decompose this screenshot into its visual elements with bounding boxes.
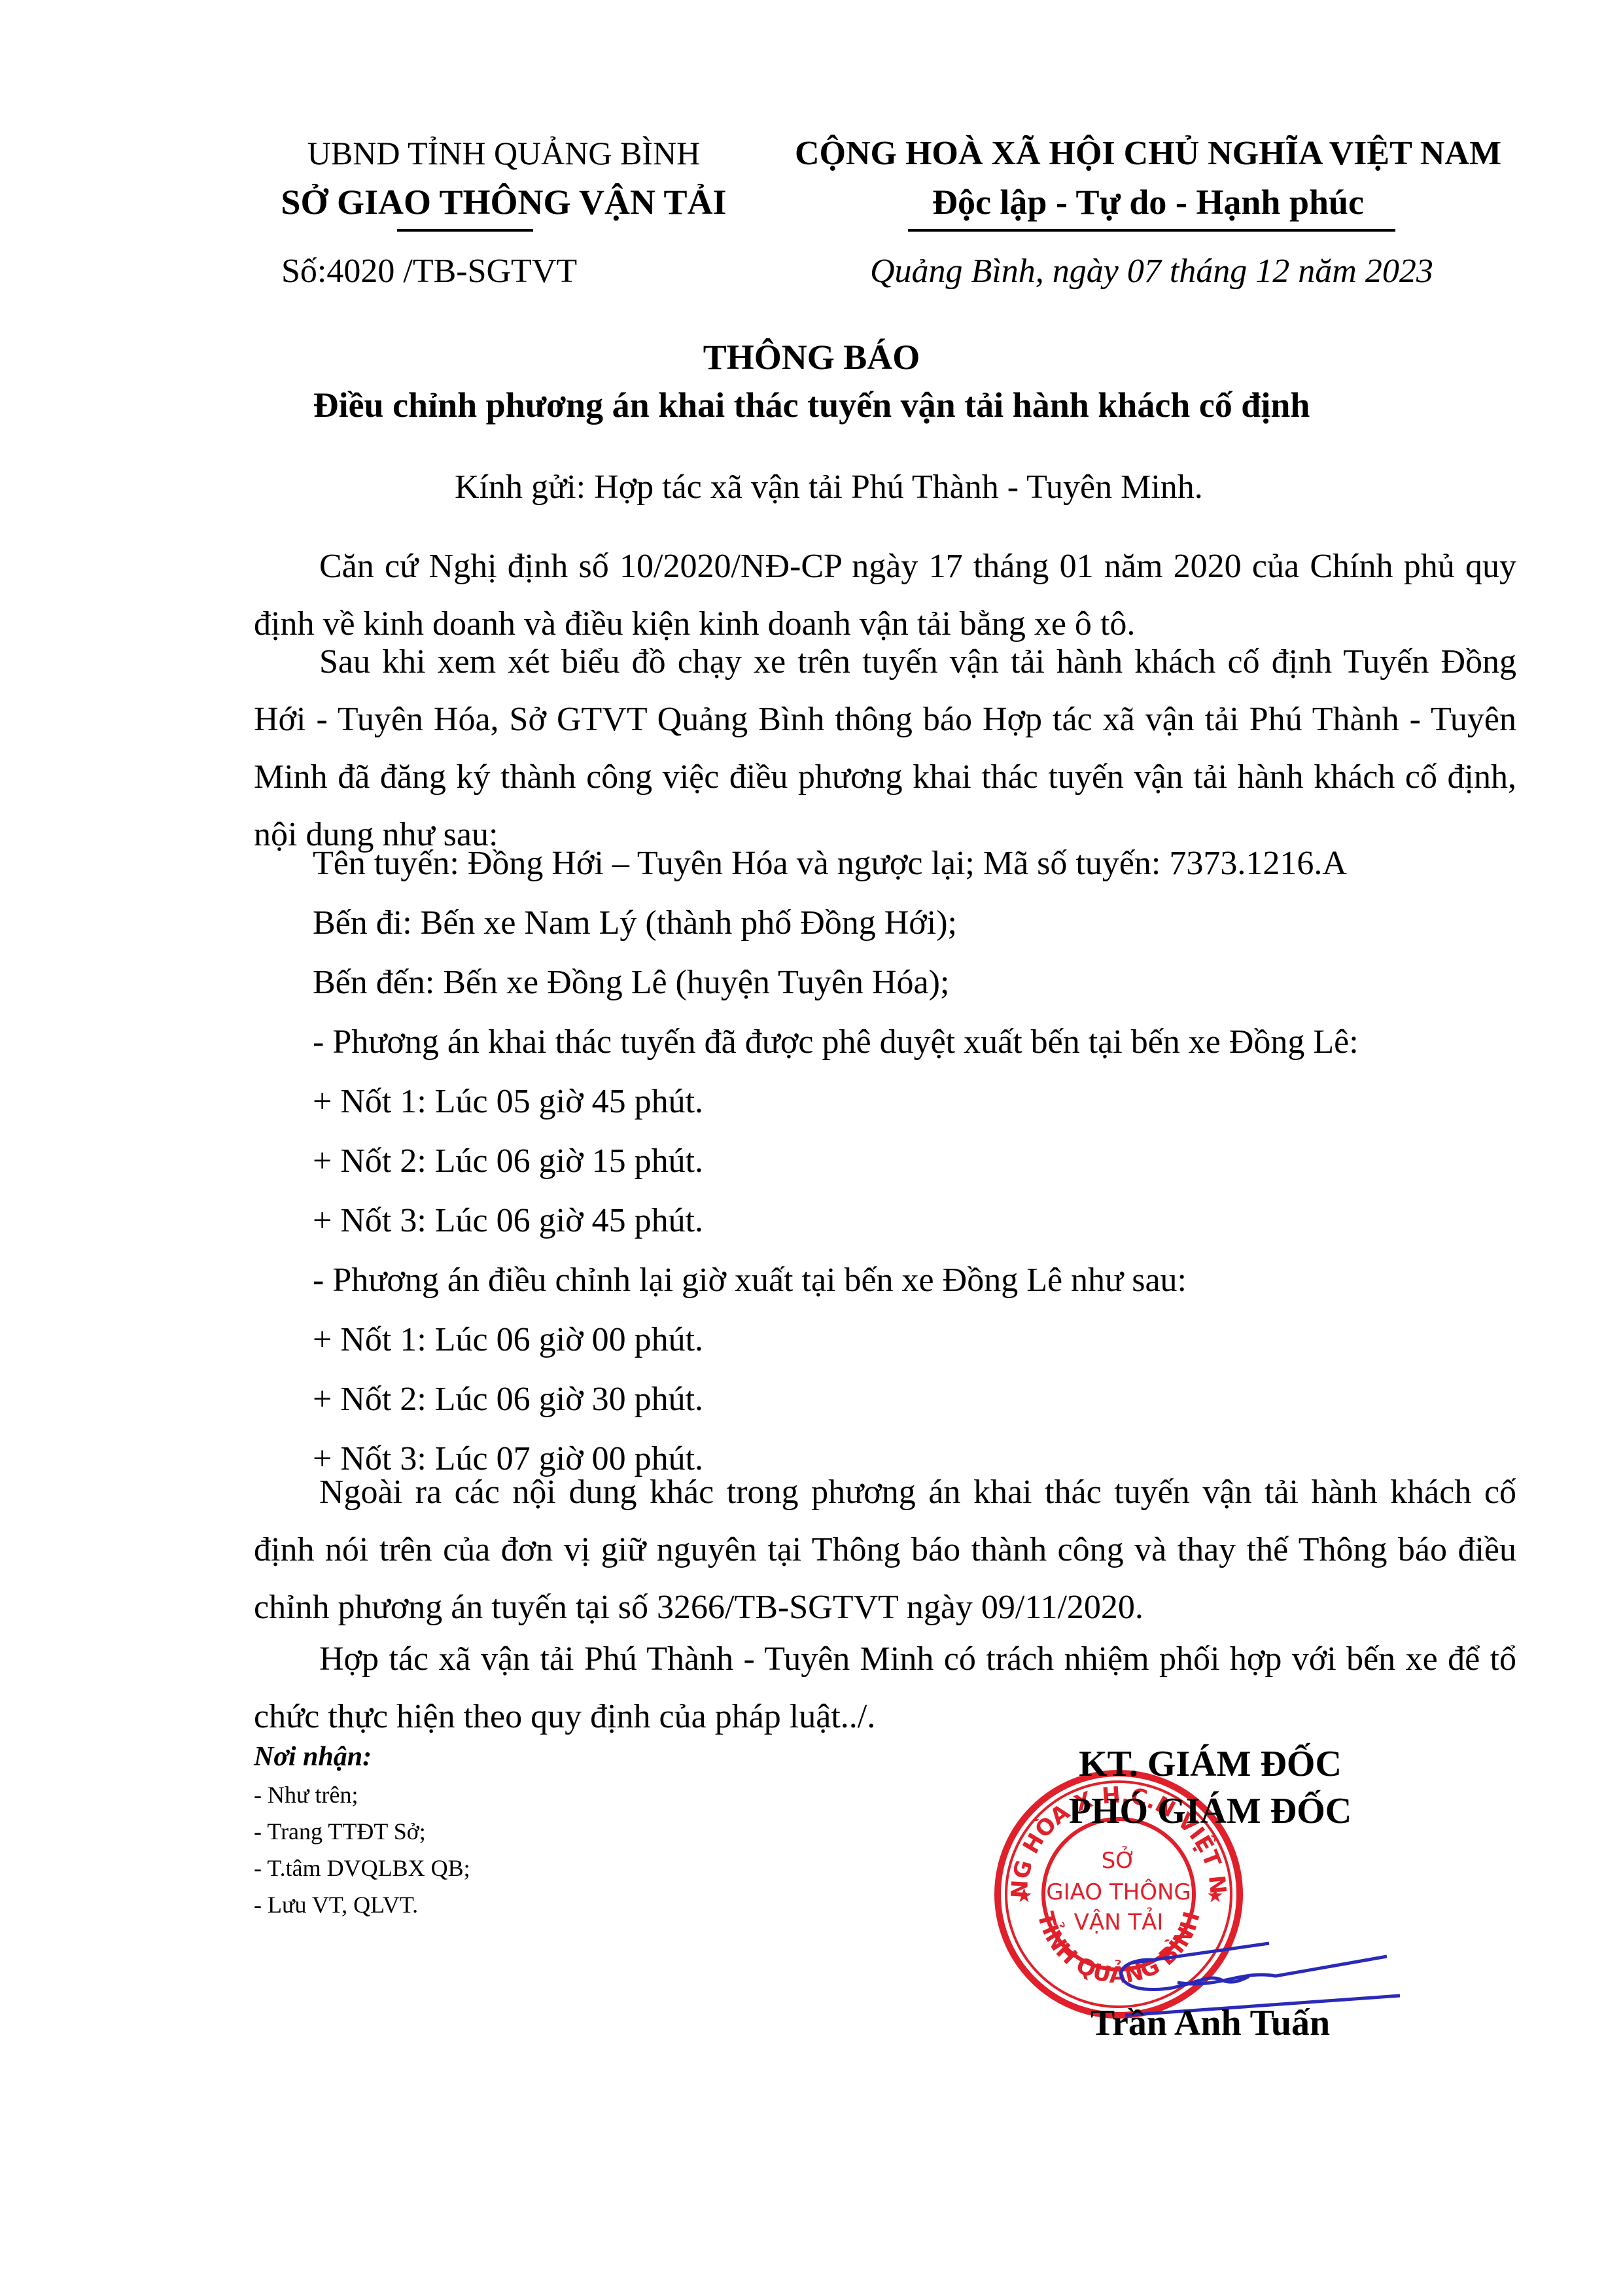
document-subject: Điều chỉnh phương án khai thác tuyến vận… bbox=[0, 385, 1623, 425]
paragraph-responsibility: Hợp tác xã vận tải Phú Thành - Tuyên Min… bbox=[254, 1631, 1516, 1746]
body-line: Tên tuyến: Đồng Hới – Tuyên Hóa và ngược… bbox=[313, 844, 1347, 883]
signature-line-2: PHÓ GIÁM ĐỐC bbox=[981, 1788, 1439, 1835]
recipient-item: - Lưu VT, QLVT. bbox=[254, 1886, 470, 1923]
body-line: + Nốt 2: Lúc 06 giờ 30 phút. bbox=[313, 1380, 703, 1419]
svg-text:★: ★ bbox=[1206, 1885, 1224, 1907]
paragraph-other-content: Ngoài ra các nội dung khác trong phương … bbox=[254, 1464, 1516, 1636]
signature-title: KT. GIÁM ĐỐC PHÓ GIÁM ĐỐC bbox=[981, 1740, 1439, 1835]
motto-underline bbox=[908, 229, 1395, 232]
addressee: Kính gửi: Hợp tác xã vận tải Phú Thành -… bbox=[455, 468, 1203, 506]
recipients-block: Nơi nhận: - Như trên; - Trang TTĐT Sở; -… bbox=[254, 1737, 470, 1923]
body-line: + Nốt 1: Lúc 06 giờ 00 phút. bbox=[313, 1320, 703, 1359]
svg-text:★: ★ bbox=[1015, 1885, 1033, 1907]
national-motto: Độc lập - Tự do - Hạnh phúc bbox=[752, 182, 1544, 222]
recipients-heading: Nơi nhận: bbox=[254, 1737, 470, 1776]
country-name: CỘNG HOÀ XÃ HỘI CHỦ NGHĨA VIỆT NAM bbox=[752, 134, 1544, 173]
signer-name: Trần Anh Tuấn bbox=[981, 2002, 1439, 2044]
agency-underline bbox=[397, 229, 533, 232]
document-type: THÔNG BÁO bbox=[0, 337, 1623, 378]
recipient-item: - T.tâm DVQLBX QB; bbox=[254, 1850, 470, 1886]
body-line: + Nốt 1: Lúc 05 giờ 45 phút. bbox=[313, 1082, 703, 1121]
body-line: - Phương án khai thác tuyến đã được phê … bbox=[313, 1023, 1359, 1061]
body-line: Bến đến: Bến xe Đồng Lê (huyện Tuyên Hóa… bbox=[313, 963, 949, 1002]
body-line: + Nốt 2: Lúc 06 giờ 15 phút. bbox=[313, 1142, 703, 1180]
signature-line-1: KT. GIÁM ĐỐC bbox=[981, 1740, 1439, 1788]
body-line: + Nốt 3: Lúc 06 giờ 45 phút. bbox=[313, 1201, 703, 1240]
svg-text:SỞ: SỞ bbox=[1102, 1845, 1136, 1874]
place-date: Quảng Bình, ngày 07 tháng 12 năm 2023 bbox=[870, 252, 1433, 291]
agency-parent: UBND TỈNH QUẢNG BÌNH bbox=[216, 134, 792, 172]
recipient-item: - Trang TTĐT Sở; bbox=[254, 1813, 470, 1850]
body-line: Bến đi: Bến xe Nam Lý (thành phố Đồng Hớ… bbox=[313, 904, 957, 942]
document-number: Số:4020 /TB-SGTVT bbox=[281, 252, 577, 291]
body-line: - Phương án điều chỉnh lại giờ xuất tại … bbox=[313, 1261, 1187, 1299]
agency-name: SỞ GIAO THÔNG VẬN TẢI bbox=[216, 182, 792, 222]
paragraph-notice: Sau khi xem xét biểu đồ chạy xe trên tuy… bbox=[254, 633, 1516, 864]
recipient-item: - Như trên; bbox=[254, 1776, 470, 1813]
svg-text:GIAO THÔNG: GIAO THÔNG bbox=[1046, 1879, 1191, 1905]
